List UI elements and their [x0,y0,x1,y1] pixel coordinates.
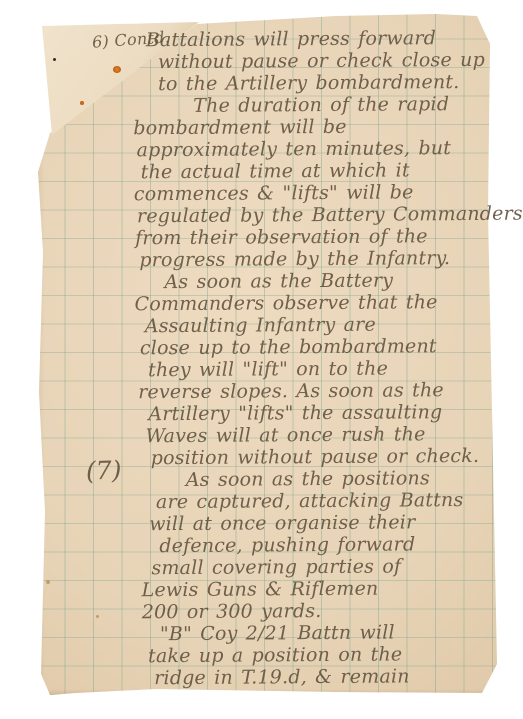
manuscript-line: Waves will at once rush the [145,423,523,448]
manuscript-line: Battalions will press forward [146,27,522,52]
foxing-spot [80,101,84,105]
manuscript-line: position without pause or check. [151,445,523,470]
manuscript-line: As soon as the positions [186,467,523,491]
manuscript-line: approximately ten minutes, but [136,137,522,162]
manuscript-line: to the Artillery bombardment. [158,71,522,96]
manuscript-line: reverse slopes. As soon as the [138,379,523,404]
manuscript-line: ridge in T.19.d, & remain [154,665,523,690]
manuscript-line: take up a position on the [148,643,523,668]
manuscript-line: The duration of the rapid [193,93,522,117]
manuscript-line: without pause or check close up [158,49,522,74]
manuscript-line: As soon as the Battery [164,269,523,294]
manuscript-line: Artillery "lifts" the assaulting [148,401,523,426]
manuscript-line: bombardment will be [133,115,522,140]
manuscript-line: small covering parties of [151,555,523,580]
manuscript-line: "B" Coy 2/21 Battn will [160,621,523,646]
manuscript-line: Commanders observe that the [135,291,523,316]
manuscript-line: close up to the bombardment [140,335,523,360]
manuscript-line: they will "lift" on to the [148,357,523,382]
manuscript-line: 200 or 300 yards. [142,599,523,624]
manuscript-line: Assaulting Infantry are [145,313,523,338]
manuscript-text-block: Battalions will press forward without pa… [118,27,523,690]
manuscript-line: from their observation of the [135,225,523,250]
manuscript-line: will at once organise their [149,511,523,536]
manuscript-line: commences & "lifts" will be [134,181,523,206]
margin-note-page-number: (7) [86,455,122,485]
manuscript-line: defence, pushing forward [159,533,523,558]
foxing-spot [96,615,99,618]
manuscript-line: Lewis Guns & Riflemen [142,577,523,602]
manuscript-line: progress made by the Infantry. [139,247,523,272]
photo-stage: 6) Contd. Battalions will press forward … [0,0,523,719]
manuscript-line: the actual time at which it [141,159,523,184]
manuscript-line: are captured, attacking Battns [156,489,523,514]
foxing-spot [46,580,50,584]
foxing-spot [113,66,121,73]
foxing-spot [53,58,56,61]
manuscript-line: regulated by the Battery Commanders [137,203,523,228]
